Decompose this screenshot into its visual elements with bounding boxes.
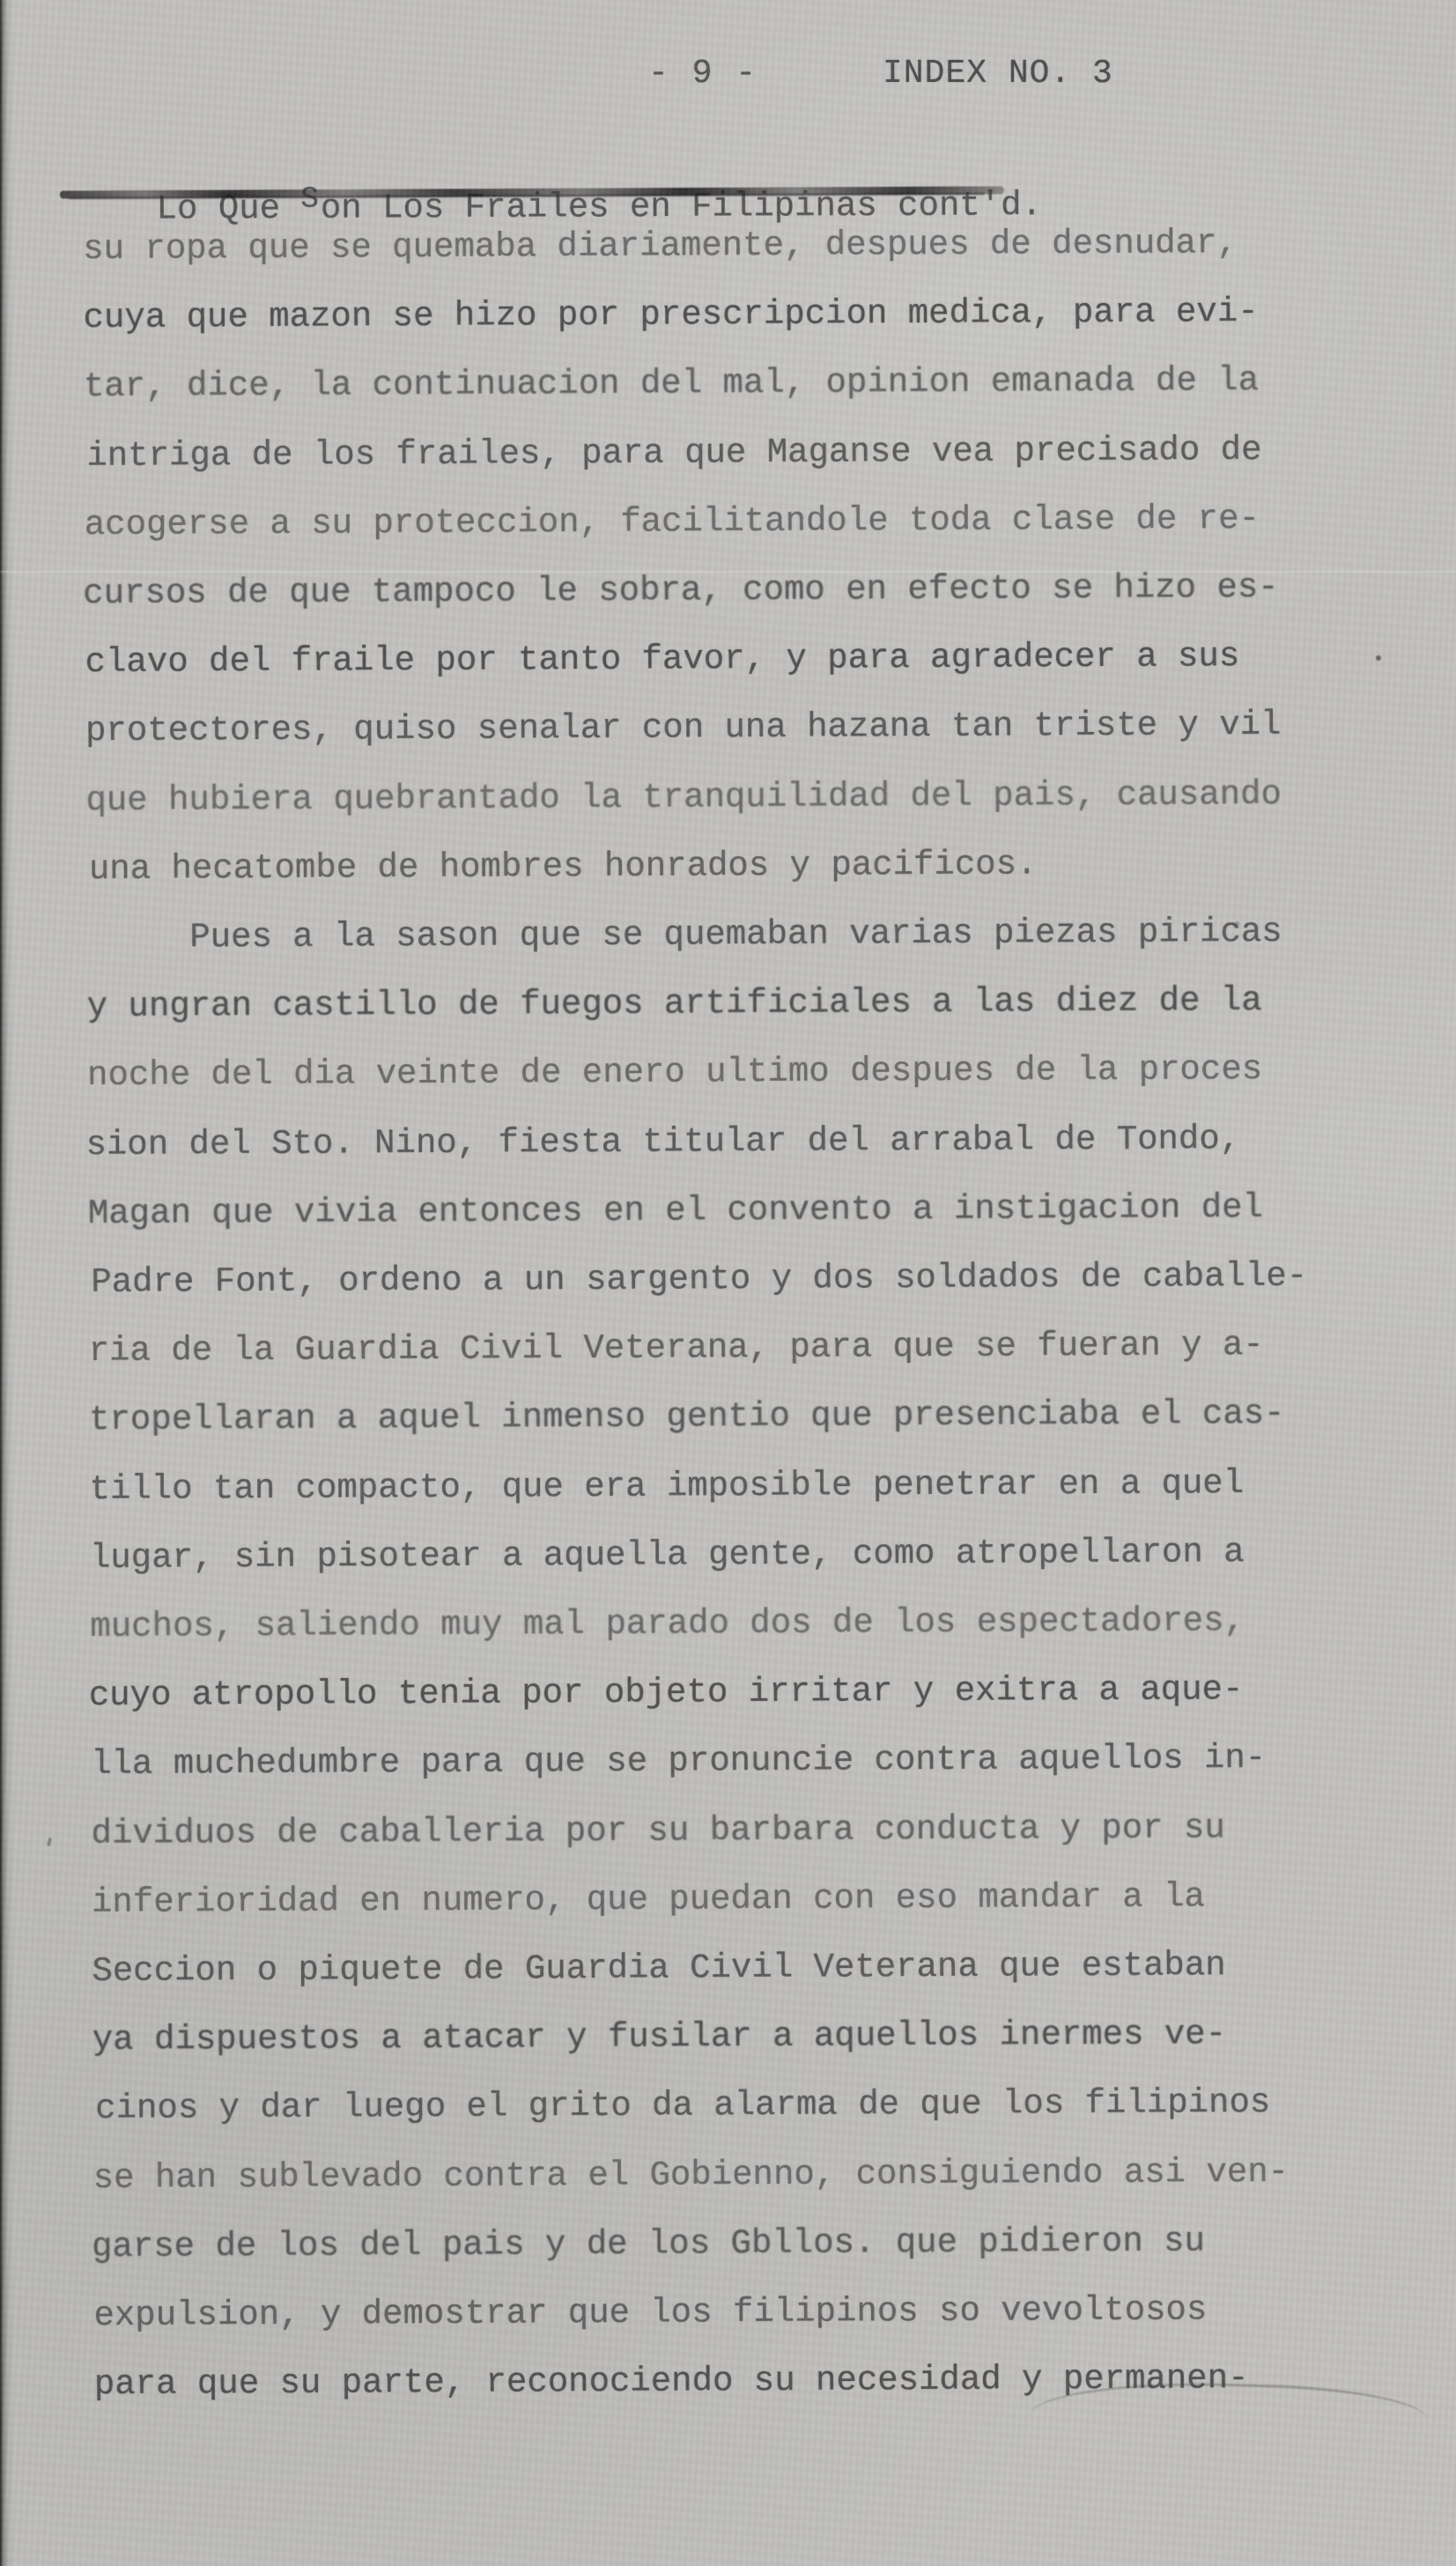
scanned-document-page: - 9 - INDEX NO. 3 Lo Que Son Los Frailes… [0,0,1456,2566]
text-line: Padre Font, ordeno a un sargento y dos s… [91,1241,1394,1317]
text-line: cuyo atropollo tenia por objeto irritar … [89,1655,1393,1731]
ink-speck [1376,655,1381,661]
text-line: muchos, saliendo muy mal parado dos de l… [90,1586,1393,1661]
index-label: INDEX NO. 3 [883,55,1113,92]
text-line: noche del dia veinte de enero ultimo des… [87,1035,1391,1111]
text-line: garse de los del pais y de los Gbllos. q… [92,2206,1395,2281]
text-line: intriga de los frailes, para que Maganse… [86,415,1390,491]
text-line: tar, dice, la continuacion del mal, opin… [84,346,1387,422]
text-line: Magan que vivia entonces en el convento … [88,1172,1392,1248]
text-line: ya dispuestos a atacar y fusilar a aquel… [92,2000,1396,2075]
text-line: lugar, sin pisotear a aquella gente, com… [90,1517,1393,1593]
page-number: - 9 - [648,55,758,92]
text-line: acogerse a su proteccion, facilitandole … [85,484,1388,559]
text-line: lla muchedumbre para que se pronuncie co… [91,1724,1394,1800]
text-line: inferioridad en numero, que puedan con e… [92,1861,1395,1937]
text-line: ria de la Guardia Civil Veterana, para q… [89,1310,1393,1386]
text-line: dividuos de caballeria por su barbara co… [91,1793,1394,1868]
text-line: Seccion o piquete de Guardia Civil Veter… [92,1930,1395,2006]
heading-superscript: S [300,183,319,217]
text-line: cursos de que tampoco le sobra, como en … [83,552,1386,628]
ink-speck [47,1838,52,1847]
text-line: una hecatombe de hombres honrados y paci… [89,828,1393,904]
text-line: protectores, quiso senalar con una hazan… [85,691,1389,766]
text-line: cinos y dar luego el grito da alarma de … [95,2068,1399,2144]
text-line: Pues a la sason que se quemaban varias p… [86,897,1390,972]
text-line: sion del Sto. Nino, fiesta titular del a… [85,1104,1389,1179]
text-line: que hubiera quebrantado la tranquilidad … [85,759,1389,835]
text-line: y ungran castillo de fuegos artificiales… [87,965,1391,1041]
text-line: expulsion, y demostrar que los filipinos… [93,2274,1397,2350]
text-line: tillo tan compacto, que era imposible pe… [89,1448,1393,1524]
text-line: su ropa que se quemaba diariamente, desp… [83,208,1386,284]
body-text: su ropa que se quemaba diariamente, desp… [83,208,1398,2419]
ink-speck [1235,921,1239,926]
scan-scratch-artifact [0,571,1456,573]
text-line: cuya que mazon se hizo por prescripcion … [83,277,1386,352]
text-line: se han sublevado contra el Gobienno, con… [92,2137,1396,2213]
text-line: clavo del fraile por tanto favor, y para… [85,621,1388,697]
text-line: tropellaran a aquel inmenso gentio que p… [89,1379,1393,1455]
